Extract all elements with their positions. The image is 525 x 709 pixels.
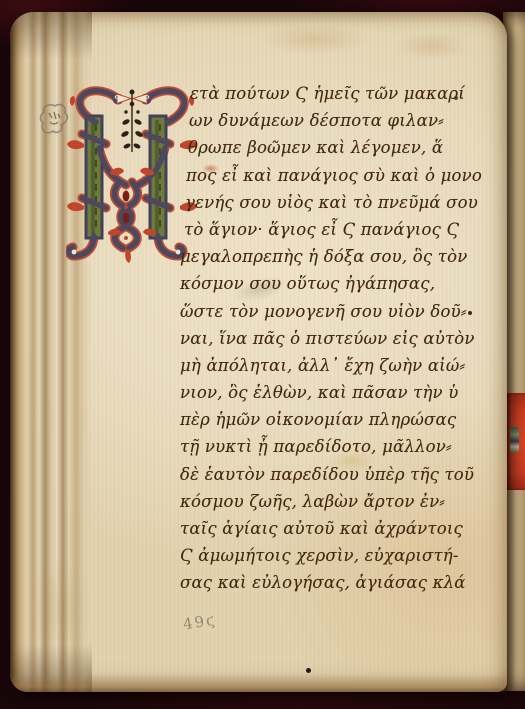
- facing-page-ornament: [507, 393, 525, 490]
- text-line: Ϛ ἀμωμήτοις χερσὶν, εὐχαριστή-: [180, 542, 490, 569]
- text-line: θρωπε βοῶμεν καὶ λέγομεν, ἅ: [180, 134, 490, 161]
- text-line: τὸ ἅγιον· ἅγιος εἶ Ϛ πανάγιος Ϛ: [180, 216, 490, 243]
- speck: [306, 668, 311, 673]
- text-line: γενής σου υἱὸς καὶ τὸ πνεῦμά σου: [180, 189, 490, 216]
- illuminated-initial-icon: [66, 86, 198, 272]
- text-line: κόσμου ζωῆς, λαβὼν ἄρτον ἐν⸗: [180, 488, 490, 515]
- manuscript-page: ετὰ πούτων Ϛ ἡμεῖς τῶν μακαρί ων δυνάμεω…: [10, 12, 507, 692]
- text-line: ων δυνάμεων δέσποτα φιλαν⸗: [180, 107, 490, 134]
- pencil-folio-mark: 49ϛ: [182, 610, 218, 633]
- text-line: ταῖς ἁγίαις αὐτοῦ καὶ ἀχράντοις: [180, 515, 490, 542]
- text-line: κόσμον σου οὕτως ἠγάπησας,: [180, 270, 490, 297]
- stain: [395, 32, 469, 60]
- text-line: νιον, ὃς ἐλθὼν, καὶ πᾶσαν τὴν ὑ: [180, 379, 490, 406]
- text-line: δὲ ἑαυτὸν παρεδίδου ὑπὲρ τῆς τοῦ: [180, 461, 490, 488]
- text-line: πὲρ ἡμῶν οἰκονομίαν πληρώσας: [180, 406, 490, 433]
- water-stain: [28, 560, 90, 656]
- text-line: ετὰ πούτων Ϛ ἡμεῖς τῶν μακαρί: [180, 80, 490, 107]
- text-line: τῇ νυκτὶ ᾗ παρεδίδοτο, μᾶλλον⸗: [180, 433, 490, 460]
- text-line: σας καὶ εὐλογήσας, ἁγιάσας κλά: [180, 569, 490, 596]
- text-line: μὴ ἀπόληται, ἀλλ᾽ ἔχη ζωὴν αἰώ⸗: [180, 352, 490, 379]
- text-line: πος εἶ καὶ πανάγιος σὺ καὶ ὁ μονο: [180, 162, 490, 189]
- photo-background: ετὰ πούτων Ϛ ἡμεῖς τῶν μακαρί ων δυνάμεω…: [0, 0, 525, 709]
- text-line: μεγαλοπρεπὴς ἡ δόξα σου, ὃς τὸν: [180, 243, 490, 270]
- facing-ornament-detail: [510, 427, 519, 453]
- bird-head-icon: [133, 94, 151, 105]
- text-line: ὥστε τὸν μονογενῆ σου υἱὸν δοῦ⸗: [180, 298, 490, 325]
- bird-head-icon: [113, 94, 131, 105]
- text-line: ναι, ἵνα πᾶς ὁ πιστεύων εἰς αὐτὸν: [180, 325, 490, 352]
- greek-text-block: ετὰ πούτων Ϛ ἡμεῖς τῶν μακαρί ων δυνάμεω…: [180, 80, 490, 597]
- stain: [260, 24, 370, 54]
